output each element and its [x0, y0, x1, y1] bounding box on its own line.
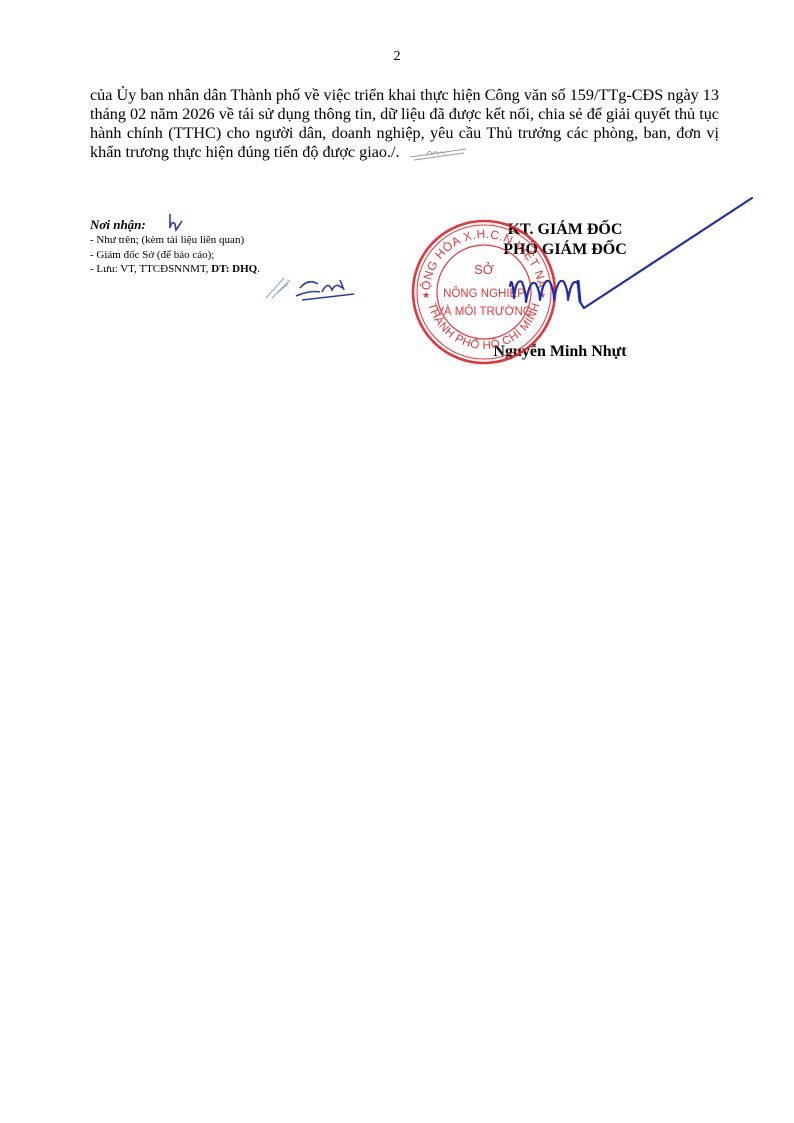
svg-text:★: ★	[538, 291, 546, 301]
page-number: 2	[0, 49, 794, 65]
signature-title-line1: KT. GIÁM ĐỐC	[470, 220, 660, 240]
svg-text:★: ★	[422, 291, 430, 301]
recipient-archive: - Lưu: VT, TTCĐSNNMT, DT: DHQ.	[90, 262, 260, 277]
recipient-item: - Giám đốc Sở (để báo cáo);	[90, 248, 260, 263]
drafter-initials-icon	[262, 268, 358, 304]
archive-drafter: DT: DHQ	[211, 263, 257, 275]
signer-name: Nguyễn Minh Nhựt	[465, 343, 655, 361]
archive-prefix: - Lưu: VT, TTCĐSNNMT,	[90, 263, 211, 275]
signature-title-block: KT. GIÁM ĐỐC PHÓ GIÁM ĐỐC	[470, 220, 660, 260]
body-paragraph: của Ủy ban nhân dân Thành phố về việc tr…	[90, 86, 719, 162]
svg-text:SỞ: SỞ	[474, 262, 494, 277]
signature-title-line2: PHÓ GIÁM ĐỐC	[470, 240, 660, 260]
body-paragraph-container: của Ủy ban nhân dân Thành phố về việc tr…	[90, 86, 719, 162]
body-paragraph-text: của Ủy ban nhân dân Thành phố về việc tr…	[90, 86, 719, 161]
svg-text:VÀ MÔI TRƯỜNG: VÀ MÔI TRƯỜNG	[436, 305, 532, 318]
svg-text:NÔNG NGHIỆP: NÔNG NGHIỆP	[443, 287, 525, 300]
initial-mark-icon	[166, 212, 186, 238]
archive-suffix: .	[257, 263, 260, 275]
initial-signature-icon	[408, 145, 468, 161]
